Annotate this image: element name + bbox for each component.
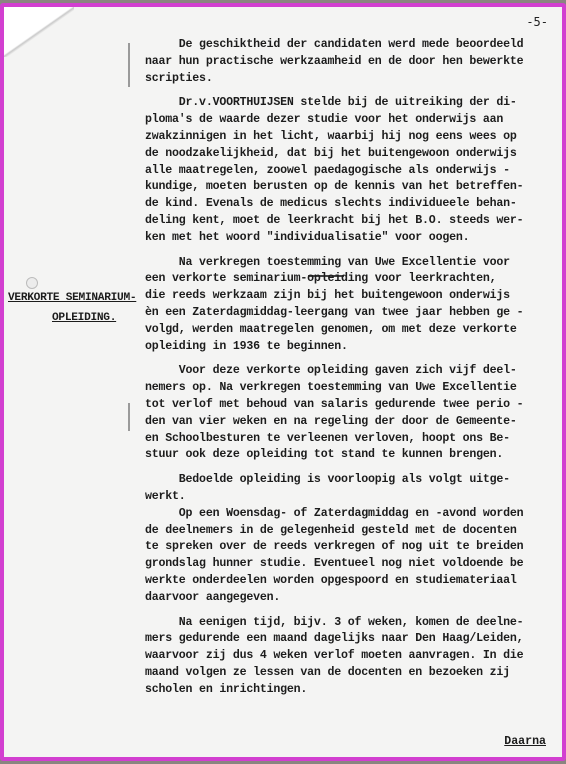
- paragraph-gap: [145, 355, 565, 363]
- margin-heading: VERKORTE SEMINARIUM- OPLEIDING.: [8, 288, 148, 328]
- text-line: ploma's de waarde dezer studie voor het …: [145, 112, 565, 129]
- document-page: -5- VERKORTE SEMINARIUM- OPLEIDING. De g…: [0, 3, 566, 761]
- margin-heading-line-2: OPLEIDING.: [8, 308, 148, 328]
- margin-mark: [128, 43, 130, 87]
- text-line: opleiding in 1936 te beginnen.: [145, 339, 565, 356]
- paragraph: Dr.v.VOORTHUIJSEN stelde bij de uitreiki…: [145, 95, 565, 246]
- text-line: èn een Zaterdagmiddag-leergang van twee …: [145, 305, 565, 322]
- text-line: mers gedurende een maand dagelijks naar …: [145, 631, 565, 648]
- text-line: Na eenigen tijd, bijv. 3 of weken, komen…: [145, 615, 565, 632]
- text-line: die reeds werkzaam zijn bij het buitenge…: [145, 288, 565, 305]
- paragraph: Voor deze verkorte opleiding gaven zich …: [145, 363, 565, 464]
- text-line: Bedoelde opleiding is voorloopig als vol…: [145, 472, 565, 489]
- margin-mark: [128, 403, 130, 431]
- paragraph-gap: [145, 464, 565, 472]
- text-line: alle maatregelen, zoowel paedagogische a…: [145, 163, 565, 180]
- text-line: te spreken over de reeds verkregen of no…: [145, 539, 565, 556]
- text-line: grondslag hunner studie. Eventueel nog n…: [145, 556, 565, 573]
- catchword: Daarna: [504, 735, 546, 748]
- paragraph: Na verkregen toestemming van Uwe Excelle…: [145, 255, 565, 356]
- text-line: daarvoor aangegeven.: [145, 590, 565, 607]
- text-line: ken met het woord "individualisatie" voo…: [145, 230, 565, 247]
- text-line: Op een Woensdag- of Zaterdagmiddag en -a…: [145, 506, 565, 523]
- paragraph: Op een Woensdag- of Zaterdagmiddag en -a…: [145, 506, 565, 607]
- text-line: scripties.: [145, 71, 565, 88]
- text-line: nemers op. Na verkregen toestemming van …: [145, 380, 565, 397]
- paragraph-gap: [145, 247, 565, 255]
- text-line: scholen en inrichtingen.: [145, 682, 565, 699]
- text-line: en Schoolbesturen te verleenen verloven,…: [145, 431, 565, 448]
- text-line: kundige, moeten berusten op de kennis va…: [145, 179, 565, 196]
- text-line: deling kent, moet de leerkracht bij het …: [145, 213, 565, 230]
- paragraph: Na eenigen tijd, bijv. 3 of weken, komen…: [145, 615, 565, 699]
- text-line: de kind. Evenals de medicus slechts indi…: [145, 196, 565, 213]
- body-text: De geschiktheid der candidaten werd mede…: [145, 37, 565, 698]
- text-line: volgd, werden maatregelen genomen, om me…: [145, 322, 565, 339]
- text-line: Voor deze verkorte opleiding gaven zich …: [145, 363, 565, 380]
- paragraph: Bedoelde opleiding is voorloopig als vol…: [145, 472, 565, 506]
- text-line: de noodzakelijkheid, dat bij het buiteng…: [145, 146, 565, 163]
- folded-corner: [4, 7, 74, 57]
- text-line: maand volgen ze lessen van de docenten e…: [145, 665, 565, 682]
- text-line: den van vier weken en na regeling der do…: [145, 414, 565, 431]
- text-line: werkt.: [145, 489, 565, 506]
- text-line: Dr.v.VOORTHUIJSEN stelde bij de uitreiki…: [145, 95, 565, 112]
- text-line: een verkorte seminarium-opleiding voor l…: [145, 271, 565, 288]
- text-line: Na verkregen toestemming van Uwe Excelle…: [145, 255, 565, 272]
- paragraph-gap: [145, 607, 565, 615]
- paragraph: De geschiktheid der candidaten werd mede…: [145, 37, 565, 87]
- paragraph-gap: [145, 87, 565, 95]
- text-line: De geschiktheid der candidaten werd mede…: [145, 37, 565, 54]
- text-line: de deelnemers in de gelegenheid gesteld …: [145, 523, 565, 540]
- text-line: stuur ook deze opleiding tot stand te ku…: [145, 447, 565, 464]
- text-line: naar hun practische werkzaamheid en de d…: [145, 54, 565, 71]
- text-line: zwakzinnigen in het licht, waarbij hij n…: [145, 129, 565, 146]
- margin-heading-line-1: VERKORTE SEMINARIUM-: [8, 288, 148, 308]
- text-line: waarvoor zij dus 4 weken verlof moeten a…: [145, 648, 565, 665]
- text-line: tot verlof met behoud van salaris gedure…: [145, 397, 565, 414]
- text-line: werkte onderdeelen worden opgespoord en …: [145, 573, 565, 590]
- page-number: -5-: [526, 15, 548, 29]
